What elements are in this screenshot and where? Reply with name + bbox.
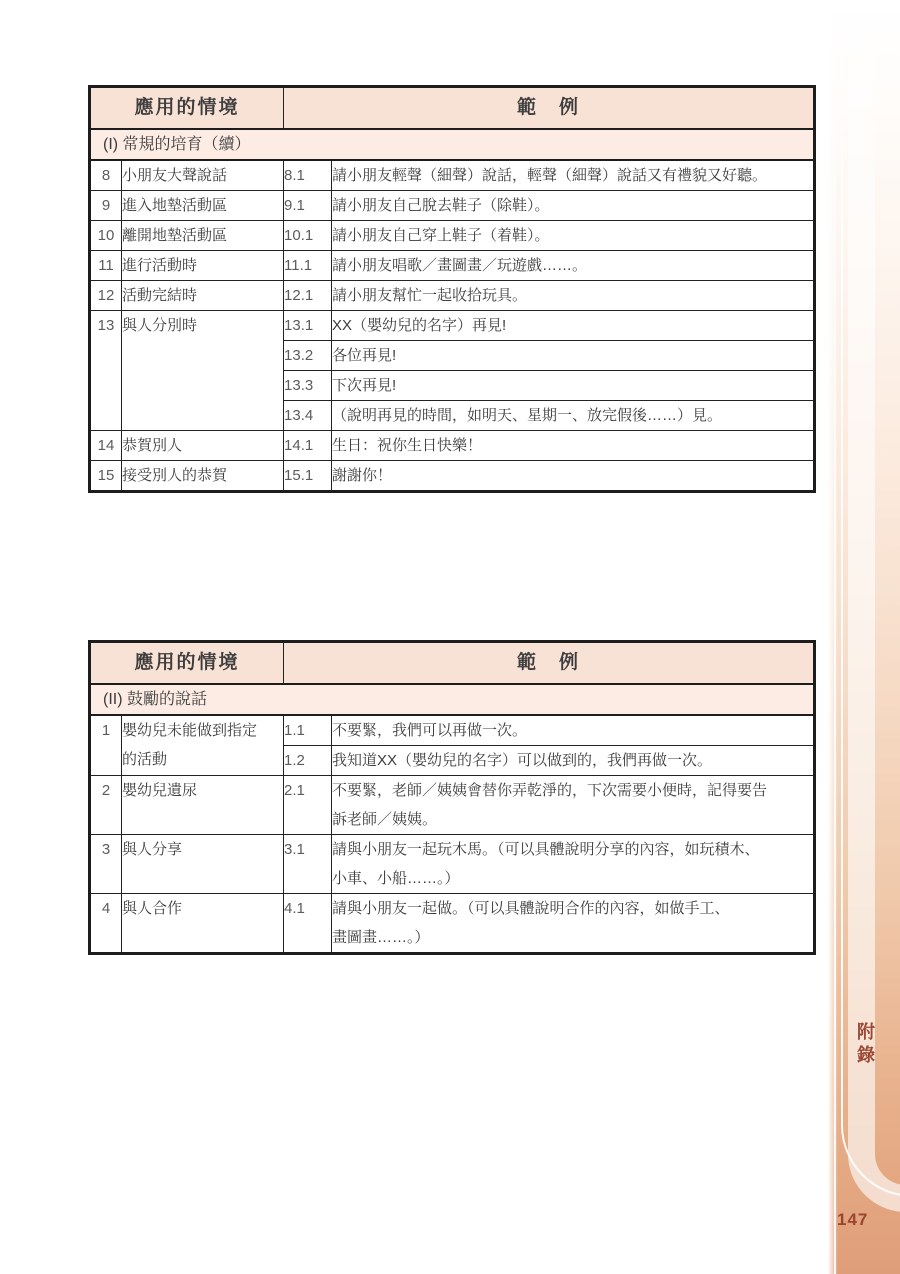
- example-number-cell: 13.2: [284, 341, 332, 371]
- example-number-cell: 13.1: [284, 311, 332, 341]
- appendix-tab-label: 附錄: [852, 1022, 878, 1068]
- table-row: 9進入地墊活動區9.1請小朋友自己脫去鞋子（除鞋）。: [90, 191, 815, 221]
- row-number-cell: 12: [90, 281, 122, 311]
- column-header-example: 範 例: [284, 87, 815, 130]
- table-regular-training: 應用的情境範 例(I) 常規的培育（續）8小朋友大聲說話8.1請小朋友輕聲（細聲…: [88, 85, 816, 493]
- example-number-cell: 3.1: [284, 835, 332, 894]
- example-text-cell: 請小朋友幫忙一起收拾玩具。: [332, 281, 815, 311]
- table-row: 3與人分享3.1請與小朋友一起玩木馬。（可以具體說明分享的內容，如玩積木、 小車…: [90, 835, 815, 894]
- band-soft-edge: [828, 0, 838, 1274]
- page-number: 147: [837, 1210, 868, 1230]
- example-text-cell: XX（嬰幼兒的名字）再見!: [332, 311, 815, 341]
- situation-cell: 接受別人的恭賀: [122, 461, 284, 492]
- example-text-cell: 請小朋友自己穿上鞋子（着鞋）。: [332, 221, 815, 251]
- row-number-cell: 13: [90, 311, 122, 431]
- example-text-cell: 生日：祝你生日快樂！: [332, 431, 815, 461]
- example-number-cell: 1.1: [284, 715, 332, 746]
- appendix-table-1: 應用的情境範 例(I) 常規的培育（續）8小朋友大聲說話8.1請小朋友輕聲（細聲…: [88, 85, 816, 493]
- example-number-cell: 13.4: [284, 401, 332, 431]
- table-row: 13與人分別時13.1XX（嬰幼兒的名字）再見!: [90, 311, 815, 341]
- situation-cell: 進行活動時: [122, 251, 284, 281]
- example-text-cell: 不要緊，我們可以再做一次。: [332, 715, 815, 746]
- situation-cell: 與人合作: [122, 894, 284, 954]
- table-row: 14恭賀別人14.1生日：祝你生日快樂！: [90, 431, 815, 461]
- table-row: 2嬰幼兒遺尿2.1不要緊，老師／姨姨會替你弄乾淨的，下次需要小便時，記得要告 訴…: [90, 776, 815, 835]
- example-text-cell: 請小朋友自己脫去鞋子（除鞋）。: [332, 191, 815, 221]
- table-row: 11進行活動時11.1請小朋友唱歌／畫圖畫／玩遊戲……。: [90, 251, 815, 281]
- row-number-cell: 10: [90, 221, 122, 251]
- row-number-cell: 3: [90, 835, 122, 894]
- table-row: 15接受別人的恭賀15.1謝謝你！: [90, 461, 815, 492]
- example-text-cell: 下次再見!: [332, 371, 815, 401]
- example-number-cell: 8.1: [284, 160, 332, 191]
- table-row: 4與人合作4.1請與小朋友一起做。（可以具體說明合作的內容，如做手工、 畫圖畫……: [90, 894, 815, 954]
- table-row: 8小朋友大聲說話8.1請小朋友輕聲（細聲）說話，輕聲（細聲）說話又有禮貌又好聽。: [90, 160, 815, 191]
- situation-cell: 小朋友大聲說話: [122, 160, 284, 191]
- example-number-cell: 11.1: [284, 251, 332, 281]
- example-text-cell: 各位再見!: [332, 341, 815, 371]
- example-number-cell: 1.2: [284, 746, 332, 776]
- document-page: 應用的情境範 例(I) 常規的培育（續）8小朋友大聲說話8.1請小朋友輕聲（細聲…: [0, 0, 900, 1274]
- situation-cell: 進入地墊活動區: [122, 191, 284, 221]
- example-text-cell: 謝謝你！: [332, 461, 815, 492]
- example-text-cell: 不要緊，老師／姨姨會替你弄乾淨的，下次需要小便時，記得要告 訴老師／姨姨。: [332, 776, 815, 835]
- table-row: 1嬰幼兒未能做到指定 的活動1.1不要緊，我們可以再做一次。: [90, 715, 815, 746]
- example-text-cell: （說明再見的時間，如明天、星期一、放完假後……）見。: [332, 401, 815, 431]
- example-text-cell: 請與小朋友一起做。（可以具體說明合作的內容，如做手工、 畫圖畫……。）: [332, 894, 815, 954]
- situation-cell: 恭賀別人: [122, 431, 284, 461]
- example-number-cell: 10.1: [284, 221, 332, 251]
- side-band: 附錄 147: [828, 0, 900, 1274]
- table-row: 10離開地墊活動區10.1請小朋友自己穿上鞋子（着鞋）。: [90, 221, 815, 251]
- situation-cell: 與人分別時: [122, 311, 284, 431]
- section-title: (I) 常規的培育（續）: [90, 129, 815, 160]
- column-header-situation: 應用的情境: [90, 87, 284, 130]
- row-number-cell: 2: [90, 776, 122, 835]
- row-number-cell: 8: [90, 160, 122, 191]
- example-number-cell: 4.1: [284, 894, 332, 954]
- situation-cell: 嬰幼兒遺尿: [122, 776, 284, 835]
- example-text-cell: 請小朋友唱歌／畫圖畫／玩遊戲……。: [332, 251, 815, 281]
- column-header-situation: 應用的情境: [90, 642, 284, 685]
- row-number-cell: 14: [90, 431, 122, 461]
- example-number-cell: 13.3: [284, 371, 332, 401]
- example-number-cell: 15.1: [284, 461, 332, 492]
- example-number-cell: 14.1: [284, 431, 332, 461]
- row-number-cell: 9: [90, 191, 122, 221]
- example-number-cell: 2.1: [284, 776, 332, 835]
- situation-cell: 與人分享: [122, 835, 284, 894]
- example-number-cell: 12.1: [284, 281, 332, 311]
- column-header-example: 範 例: [284, 642, 815, 685]
- example-text-cell: 請小朋友輕聲（細聲）說話，輕聲（細聲）說話又有禮貌又好聽。: [332, 160, 815, 191]
- row-number-cell: 4: [90, 894, 122, 954]
- row-number-cell: 1: [90, 715, 122, 776]
- situation-cell: 嬰幼兒未能做到指定 的活動: [122, 715, 284, 776]
- table-row: 12活動完結時12.1請小朋友幫忙一起收拾玩具。: [90, 281, 815, 311]
- example-text-cell: 我知道XX（嬰幼兒的名字）可以做到的，我們再做一次。: [332, 746, 815, 776]
- situation-cell: 活動完結時: [122, 281, 284, 311]
- appendix-table-2: 應用的情境範 例(II) 鼓勵的說話1嬰幼兒未能做到指定 的活動1.1不要緊，我…: [88, 640, 816, 955]
- example-text-cell: 請與小朋友一起玩木馬。（可以具體說明分享的內容，如玩積木、 小車、小船……。）: [332, 835, 815, 894]
- row-number-cell: 11: [90, 251, 122, 281]
- table-encouraging-speech: 應用的情境範 例(II) 鼓勵的說話1嬰幼兒未能做到指定 的活動1.1不要緊，我…: [88, 640, 816, 955]
- situation-cell: 離開地墊活動區: [122, 221, 284, 251]
- row-number-cell: 15: [90, 461, 122, 492]
- example-number-cell: 9.1: [284, 191, 332, 221]
- section-title: (II) 鼓勵的說話: [90, 684, 815, 715]
